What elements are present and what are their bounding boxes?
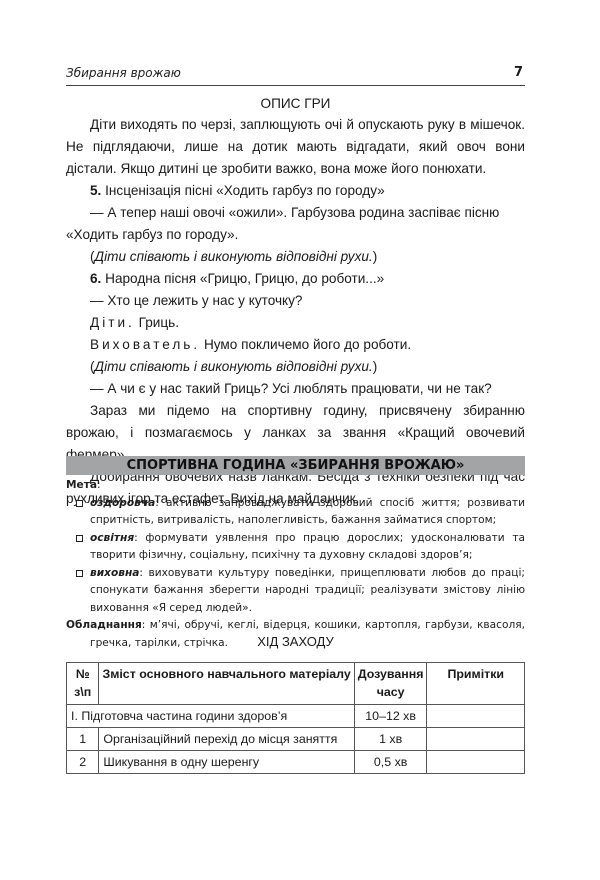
paren-close: ) — [373, 249, 378, 264]
goal-text: : активно запроваджувати здоровий спосіб… — [90, 497, 525, 527]
paren-close: ) — [373, 359, 378, 374]
item-6-stage-direction: (Діти співають і виконують відповідні ру… — [66, 356, 525, 378]
header-notes: Примітки — [427, 663, 525, 705]
goal-item: виховна: виховувати культуру поведінки, … — [66, 565, 525, 618]
square-bullet-icon — [76, 570, 83, 577]
item-6-line-2: — А чи є у нас такий Гриць? Усі люблять … — [66, 378, 525, 400]
row-number: 2 — [67, 751, 99, 774]
children-reply: Діти. Гриць. — [66, 312, 525, 334]
item-5-line: — А тепер наші овочі «ожили». Гарбузова … — [66, 202, 525, 246]
stage-direction-text: Діти співають і виконують відповідні рух… — [95, 359, 373, 374]
header-dosage: Дозування часу — [354, 663, 427, 705]
teacher-reply: Вихователь. Нумо покличемо його до робот… — [66, 334, 525, 356]
part-dosage: 10–12 хв — [354, 705, 427, 728]
table-row: 2 Шикування в одну шеренгу 0,5 хв — [67, 751, 525, 774]
running-head: Збирання врожаю 7 — [66, 64, 525, 86]
item-6-number: 6. — [90, 271, 101, 286]
part-content: І. Підготовча частина години здоров’я — [67, 705, 355, 728]
item-6-title: 6. Народна пісня «Грицю, Грицю, до робот… — [66, 268, 525, 290]
stage-direction-text: Діти співають і виконують відповідні рух… — [95, 249, 373, 264]
children-line: Гриць. — [135, 315, 179, 330]
item-5-title: 5. Інсценізація пісні «Ходить гарбуз по … — [66, 180, 525, 202]
item-6-title-text: Народна пісня «Грицю, Грицю, до роботи..… — [105, 271, 384, 286]
running-head-title: Збирання врожаю — [66, 66, 181, 80]
item-6-line-1: — Хто це лежить у нас у куточку? — [66, 290, 525, 312]
goal-text: : формувати уявлення про працю дорослих;… — [90, 532, 525, 562]
plan-title: ХІД ЗАХОДУ — [66, 634, 525, 649]
goal-item: оздоровча: активно запроваджувати здоров… — [66, 495, 525, 530]
game-description-paragraph: Діти виходять по черзі, заплющують очі й… — [66, 114, 525, 180]
table-row-part: І. Підготовча частина години здоров’я 10… — [67, 705, 525, 728]
row-dosage: 0,5 хв — [354, 751, 427, 774]
goal-term: оздоровча — [90, 497, 155, 509]
header-content: Зміст основного навчального матеріалу — [99, 663, 354, 705]
page-number: 7 — [514, 65, 523, 80]
row-content: Шикування в одну шеренгу — [99, 751, 354, 774]
row-notes — [427, 751, 525, 774]
teacher-speaker: Вихователь. — [90, 337, 200, 352]
row-number: 1 — [67, 728, 99, 751]
square-bullet-icon — [76, 535, 83, 542]
goal-term: виховна — [90, 567, 139, 579]
goal-text: : виховувати культуру поведінки, прищепл… — [90, 567, 525, 614]
item-5-title-text: Інсценізація пісні «Ходить гарбуз по гор… — [105, 183, 385, 198]
table-row: 1 Організаційний перехід до місця занятт… — [67, 728, 525, 751]
item-5-stage-direction: (Діти співають і виконують відповідні ру… — [66, 246, 525, 268]
plan-table: № з\п Зміст основного навчального матері… — [66, 662, 525, 774]
row-notes — [427, 728, 525, 751]
colon: : — [97, 479, 101, 491]
goal-item: освітня: формувати уявлення про працю до… — [66, 530, 525, 565]
table-header-row: № з\п Зміст основного навчального матері… — [67, 663, 525, 705]
section-banner: СПОРТИВНА ГОДИНА «ЗБИРАННЯ ВРОЖАЮ» — [66, 456, 525, 475]
item-5-number: 5. — [90, 183, 101, 198]
goal-label: Мета — [66, 479, 97, 491]
goal-label-line: Мета: — [66, 477, 525, 495]
row-dosage: 1 хв — [354, 728, 427, 751]
children-speaker: Діти. — [90, 315, 135, 330]
row-content: Організаційний перехід до місця заняття — [99, 728, 354, 751]
main-text: ОПИС ГРИ Діти виходять по черзі, заплющу… — [66, 94, 525, 510]
goal-term: освітня — [90, 532, 134, 544]
square-bullet-icon — [76, 500, 83, 507]
game-description-heading: ОПИС ГРИ — [66, 94, 525, 114]
goals-block: Мета: оздоровча: активно запроваджувати … — [66, 477, 525, 652]
equipment-label: Обладнання — [66, 619, 142, 631]
part-notes — [427, 705, 525, 728]
header-number: № з\п — [67, 663, 99, 705]
teacher-line: Нумо покличемо його до роботи. — [200, 337, 411, 352]
